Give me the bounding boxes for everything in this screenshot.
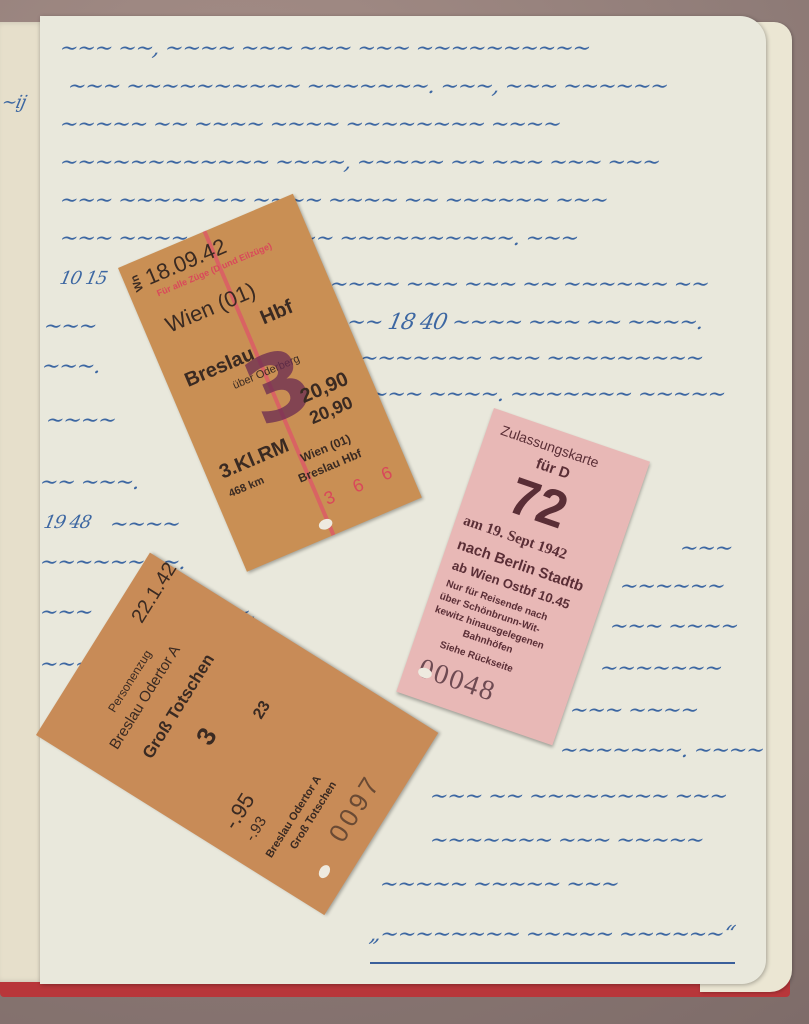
handwriting-line: ~~~~~~~ ~~~ ~~~~~ bbox=[427, 828, 706, 853]
handwriting-line: ~~~~~~~. ~~~~ bbox=[557, 738, 766, 763]
handwriting-line: ~~~ ~~, ~~~~ ~~~ ~~~ ~~~ ~~~~~~~~~~ bbox=[57, 36, 592, 61]
quote-underline bbox=[370, 962, 735, 964]
ticket-class: 3 bbox=[190, 722, 224, 751]
handwriting-line: ~~~. bbox=[40, 354, 103, 379]
handwriting-line: ~~~ ~~~~ bbox=[607, 614, 740, 639]
handwriting-line: ~~~ ~~~~. ~~~~~~~ ~~~~~ bbox=[367, 382, 728, 407]
handwriting-line: ~~~~~~~~~~~~ ~~~~, ~~~~~ ~~ ~~~ ~~~ ~~~ bbox=[57, 150, 662, 175]
handwriting-line: ~~~~ ~~~ ~~~ ~~ ~~~~~~ ~~ bbox=[327, 272, 711, 297]
ticket-to: Groß Totschen bbox=[139, 650, 219, 762]
handwriting-line: ~~~ bbox=[41, 314, 99, 339]
handwriting-line: ~~~~~ ~~ ~~~~ ~~~~ ~~~~~~~~ ~~~~ bbox=[57, 112, 563, 137]
ticket-to-station: Hbf bbox=[257, 296, 297, 330]
handwriting-line: ~~ ~~~. bbox=[40, 470, 142, 495]
ticket-prefix: Wn bbox=[129, 273, 147, 293]
handwriting-line: ~~~ bbox=[677, 536, 735, 561]
handwriting-line: ~~~ ~~ ~~~~~~~~ ~~~ bbox=[427, 784, 729, 809]
handwriting-line: ~~~ ~~~~~ ~~ ~~~~ ~~~~ ~~ ~~~~~~ ~~~ bbox=[57, 188, 610, 213]
handwriting-line: ~~~~~ ~~~~~ ~~~ bbox=[377, 872, 621, 897]
handwriting-quote: „~~~~~~~~ ~~~~~ ~~~~~~“ bbox=[367, 922, 736, 947]
handwriting-line: ~~~~~~~ bbox=[597, 656, 724, 681]
handwriting-line: ~~~ ~~~~ bbox=[567, 698, 700, 723]
handwriting-line: ~~~~~~~ ~~~ ~~~~~~~~~ bbox=[357, 346, 706, 371]
handwriting-line: ~~~ ~~~~~~~~~~ ~~~~~~~. ~~~, ~~~ ~~~~~~ bbox=[65, 74, 670, 99]
handwritten-time: 10 15 bbox=[58, 268, 109, 289]
handwriting-line: ~~~ 18 40 ~~~~ ~~~ ~~ ~~~~. bbox=[327, 310, 705, 335]
handwriting-line: ~~~~ bbox=[43, 408, 118, 433]
handwriting-line: ~~~~ bbox=[107, 512, 182, 537]
handwriting-line: ~~~ ~~~~ ~~~~~~~~ ~~~~~~~~~~. ~~~ bbox=[57, 226, 580, 251]
handwriting-line: ~~~ bbox=[40, 600, 95, 625]
handwritten-time: 19 48 bbox=[42, 512, 93, 533]
left-page-handwriting: ~ij bbox=[0, 92, 28, 113]
punch-hole bbox=[316, 863, 332, 880]
ticket-zone: 23 bbox=[250, 698, 275, 723]
handwriting-line: ~~~~~~ bbox=[617, 574, 727, 599]
